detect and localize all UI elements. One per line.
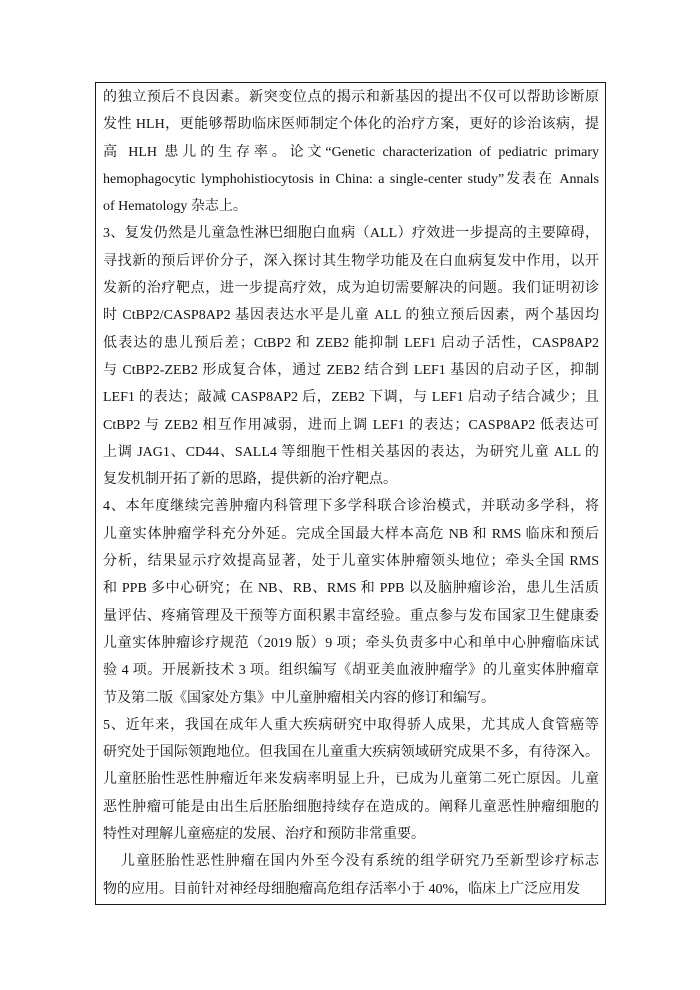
text-line: 低表达的患儿预后差；CtBP2 和 ZEB2 能抑制 LEF1 启动子活性，CA… bbox=[103, 330, 599, 357]
text-line: 发新的治疗靶点，进一步提高疗效，成为迫切需要解决的问题。我们证明初诊 bbox=[103, 275, 599, 302]
text-line: 3、复发仍然是儿童急性淋巴细胞白血病（ALL）疗效进一步提高的主要障碍， bbox=[103, 220, 599, 247]
table-cell: 的独立预后不良因素。新突变位点的揭示和新基因的提出不仅可以帮助诊断原发性 HLH… bbox=[95, 82, 606, 905]
text-line: 儿童胚胎性恶性肿瘤近年来发病率明显上升，已成为儿童第二死亡原因。儿童 bbox=[103, 766, 599, 793]
text-line: CtBP2 与 ZEB2 相互作用减弱，进而上调 LEF1 的表达；CASP8A… bbox=[103, 412, 599, 439]
text-line: 儿童实体肿瘤诊疗规范（2019 版）9 项；牵头负责多中心和单中心肿瘤临床试 bbox=[103, 630, 599, 657]
text-line: hemophagocytic lymphohistiocytosis in Ch… bbox=[103, 166, 599, 193]
text-line: 5、近年来，我国在成年人重大疾病研究中取得骄人成果，尤其成人食管癌等 bbox=[103, 712, 599, 739]
text-line: 儿童胚胎性恶性肿瘤在国内外至今没有系统的组学研究乃至新型诊疗标志 bbox=[103, 848, 599, 875]
text-line: 复发机制开拓了新的思路，提供新的治疗靶点。 bbox=[103, 466, 599, 493]
document-page: 的独立预后不良因素。新突变位点的揭示和新基因的提出不仅可以帮助诊断原发性 HLH… bbox=[0, 0, 700, 990]
text-line: 发性 HLH，更能够帮助临床医师制定个体化的治疗方案，更好的诊治该病，提 bbox=[103, 111, 599, 138]
text-line: 的独立预后不良因素。新突变位点的揭示和新基因的提出不仅可以帮助诊断原 bbox=[103, 84, 599, 111]
text-line: 高 HLH 患儿的生存率。论文“Genetic characterization… bbox=[103, 139, 599, 166]
text-line: 寻找新的预后评价分子，深入探讨其生物学功能及在白血病复发中作用，以开 bbox=[103, 248, 599, 275]
text-line: 节及第二版《国家处方集》中儿童肿瘤相关内容的修订和编写。 bbox=[103, 685, 599, 712]
text-line: 儿童实体肿瘤学科充分外延。完成全国最大样本高危 NB 和 RMS 临床和预后 bbox=[103, 521, 599, 548]
text-line: 量评估、疼痛管理及干预等方面积累丰富经验。重点参与发布国家卫生健康委 bbox=[103, 603, 599, 630]
text-line: 物的应用。目前针对神经母细胞瘤高危组存活率小于 40%，临床上广泛应用发 bbox=[103, 876, 599, 903]
text-line: 时 CtBP2/CASP8AP2 基因表达水平是儿童 ALL 的独立预后因素，两… bbox=[103, 302, 599, 329]
text-line: of Hematology 杂志上。 bbox=[103, 193, 599, 220]
text-line: 验 4 项。开展新技术 3 项。组织编写《胡亚美血液肿瘤学》的儿童实体肿瘤章 bbox=[103, 657, 599, 684]
text-line: 与 CtBP2-ZEB2 形成复合体，通过 ZEB2 结合到 LEF1 基因的启… bbox=[103, 357, 599, 384]
text-line: 研究处于国际领跑地位。但我国在儿童重大疾病领域研究成果不多，有待深入。 bbox=[103, 739, 599, 766]
text-line: 恶性肿瘤可能是由出生后胚胎细胞持续存在造成的。阐释儿童恶性肿瘤细胞的 bbox=[103, 794, 599, 821]
text-line: 特性对理解儿童癌症的发展、治疗和预防非常重要。 bbox=[103, 821, 599, 848]
text-line: 和 PPB 多中心研究；在 NB、RB、RMS 和 PPB 以及脑肿瘤诊治，患儿… bbox=[103, 575, 599, 602]
text-line: 上调 JAG1、CD44、SALL4 等细胞干性相关基因的表达，为研究儿童 AL… bbox=[103, 439, 599, 466]
text-line: 4、本年度继续完善肿瘤内科管理下多学科联合诊治模式，并联动多学科，将 bbox=[103, 493, 599, 520]
text-line: LEF1 的表达；敲减 CASP8AP2 后，ZEB2 下调，与 LEF1 启动… bbox=[103, 384, 599, 411]
text-line: 分析，结果显示疗效提高显著，处于儿童实体肿瘤领头地位；牵头全国 RMS bbox=[103, 548, 599, 575]
